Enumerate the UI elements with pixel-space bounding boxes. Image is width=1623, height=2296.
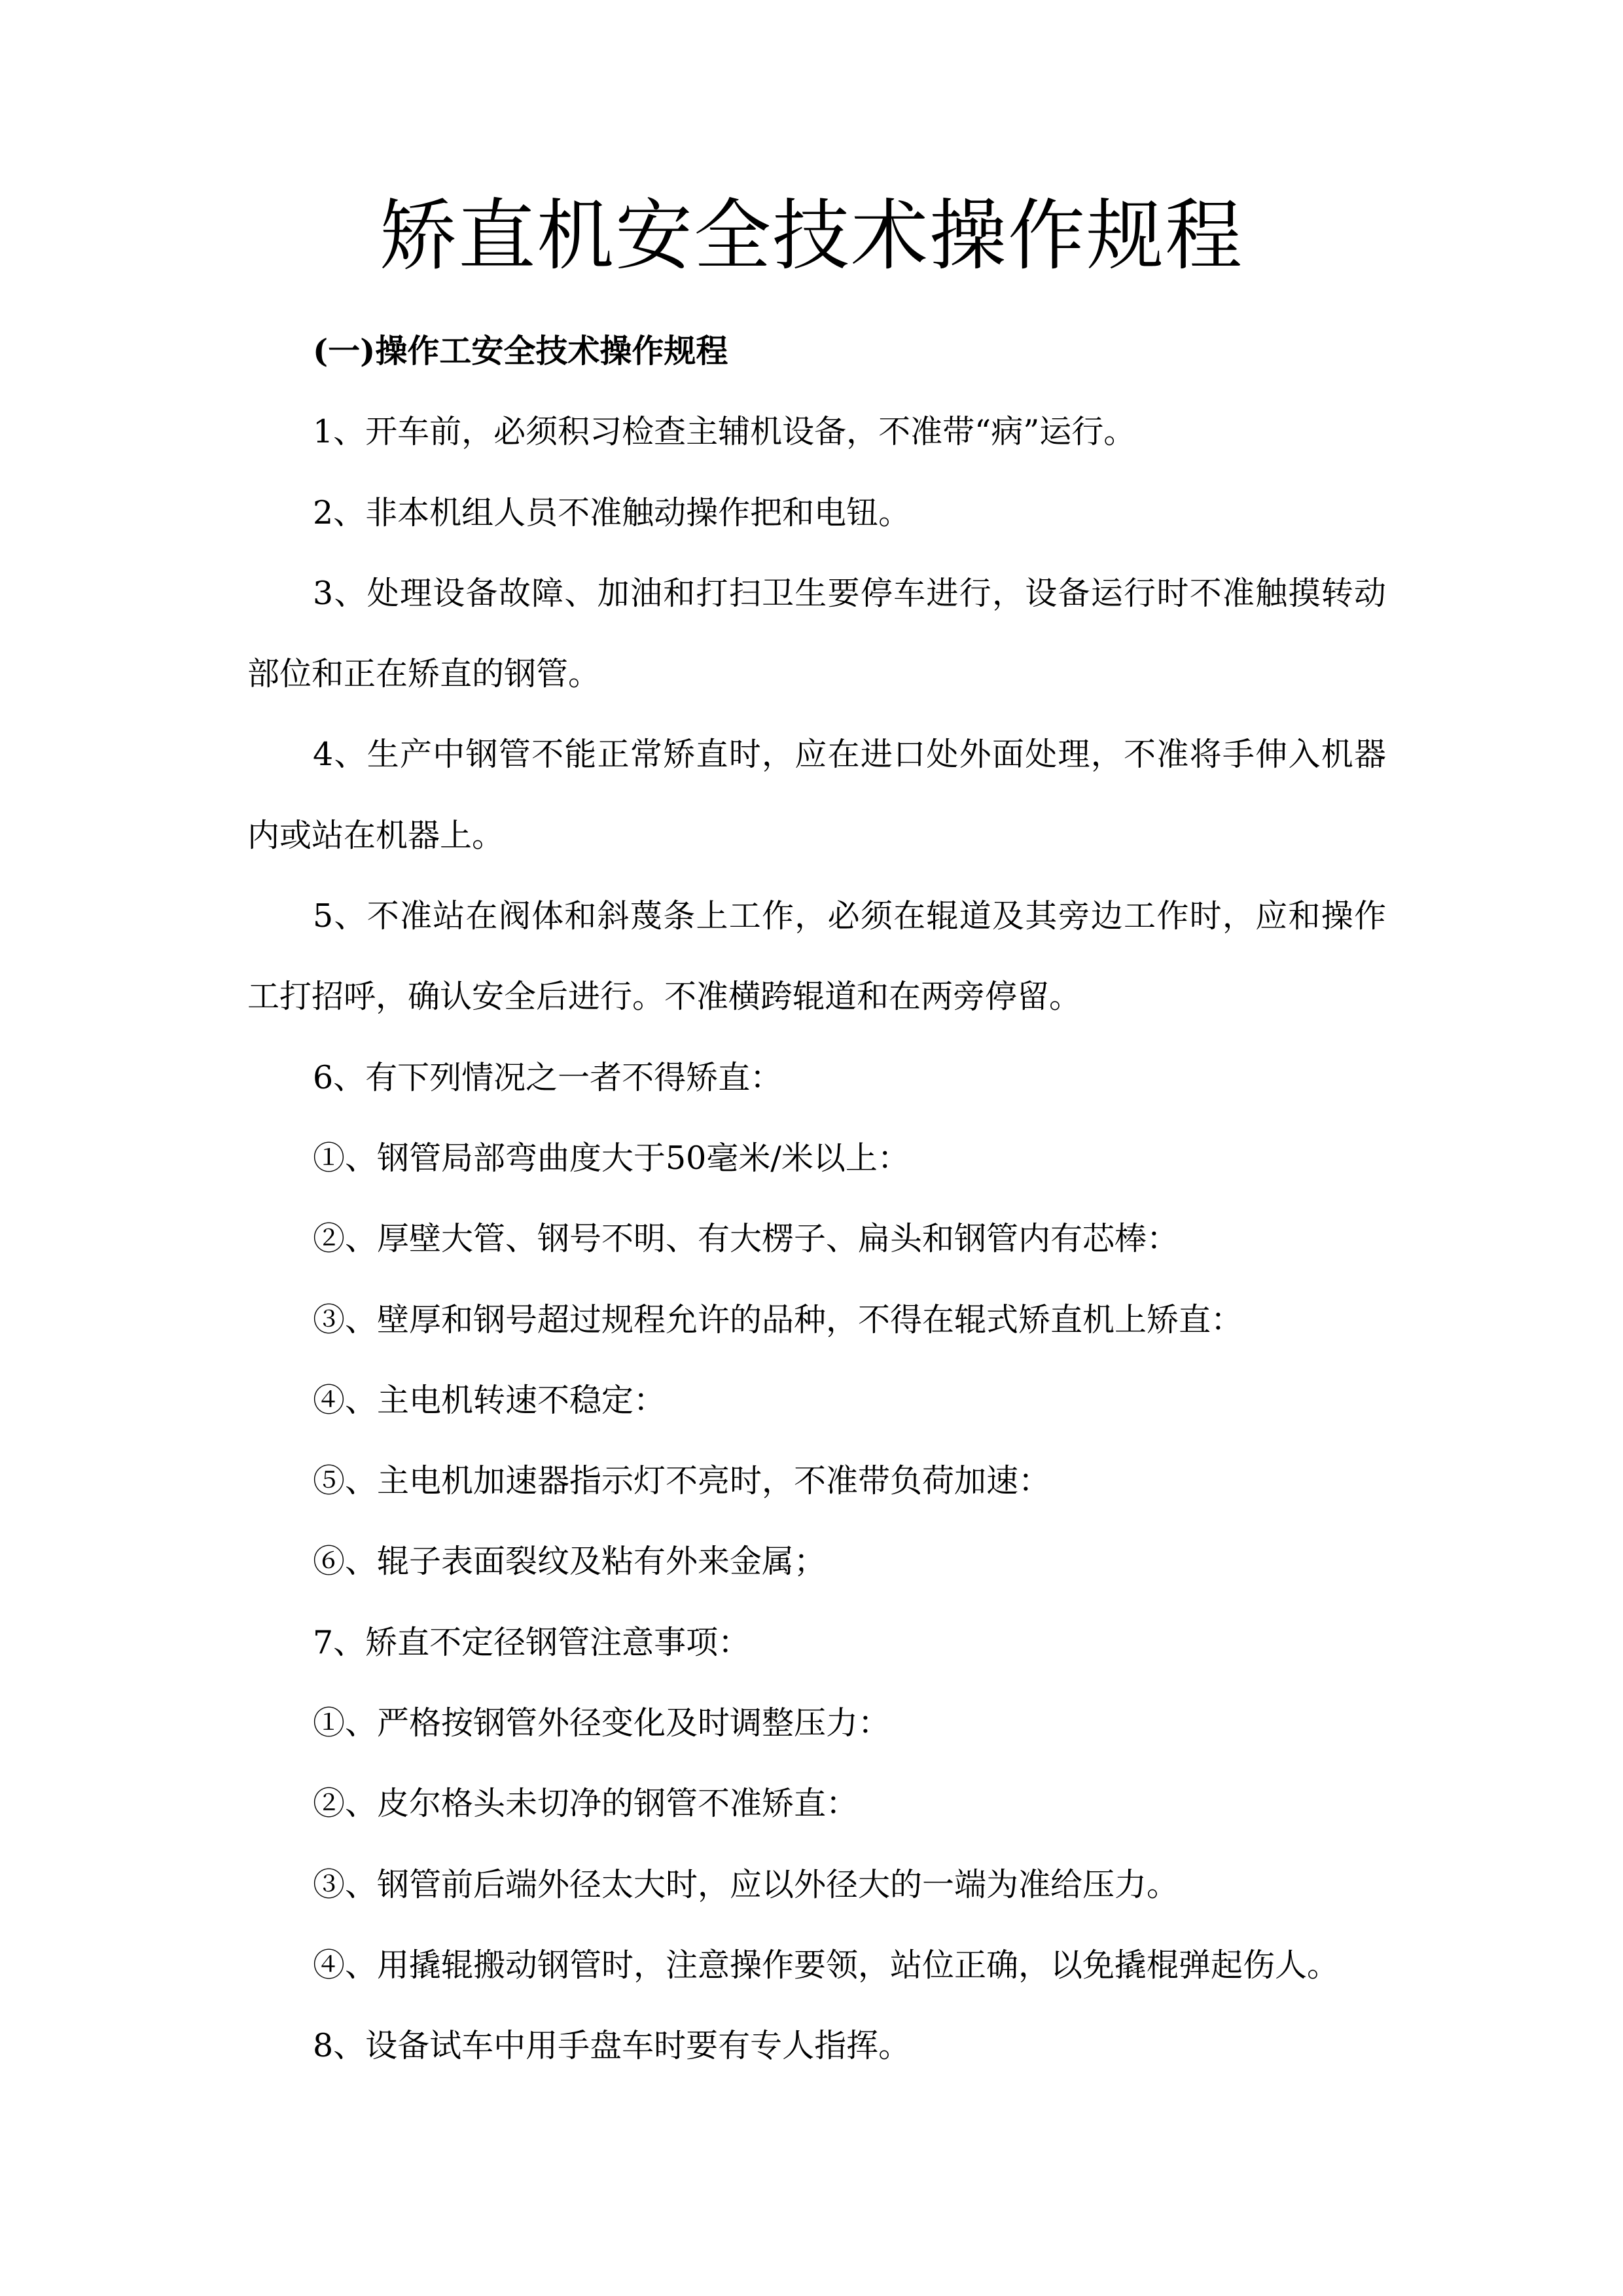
rule-3: 3、处理设备故障、加油和打扫卫生要停车进行，设备运行时不准触摸转动部位和正在矫直… (247, 553, 1386, 715)
document-title: 矫直机安全技术操作规程 (0, 187, 1623, 285)
rule-6-item-5: ⑤、主电机加速器指示灯不亮时，不准带负荷加速： (247, 1441, 1386, 1521)
section-heading: (一)操作工安全技术操作规程 (247, 311, 1386, 391)
rule-6-item-2: ②、厚壁大管、钢号不明、有大楞子、扁头和钢管内有芯棒： (247, 1198, 1386, 1279)
rule-6-item-3: ③、壁厚和钢号超过规程允许的品种，不得在辊式矫直机上矫直： (247, 1280, 1386, 1360)
document-page: 矫直机安全技术操作规程 (一)操作工安全技术操作规程 1、开车前，必须积习检查主… (0, 0, 1623, 2296)
rule-1: 1、开车前，必须积习检查主辅机设备，不准带“病”运行。 (247, 391, 1386, 472)
rule-8: 8、设备试车中用手盘车时要有专人指挥。 (247, 2005, 1386, 2086)
rule-6-item-6: ⑥、辊子表面裂纹及粘有外来金属； (247, 1521, 1386, 1602)
rule-6-item-4: ④、主电机转速不稳定： (247, 1360, 1386, 1441)
rule-7: 7、矫直不定径钢管注意事项： (247, 1602, 1386, 1683)
rule-5: 5、不准站在阀体和斜蔑条上工作，必须在辊道及其旁边工作时，应和操作工打招呼，确认… (247, 876, 1386, 1037)
rule-7-item-2: ②、皮尔格头未切净的钢管不准矫直： (247, 1763, 1386, 1844)
rule-6: 6、有下列情况之一者不得矫直： (247, 1037, 1386, 1118)
rule-6-item-1: ①、钢管局部弯曲度大于50毫米/米以上： (247, 1118, 1386, 1198)
rule-7-item-1: ①、严格按钢管外径变化及时调整压力： (247, 1683, 1386, 1763)
rule-7-item-4: ④、用撬辊搬动钢管时，注意操作要领，站位正确，以免撬棍弹起伤人。 (247, 1925, 1386, 2005)
rule-7-item-3: ③、钢管前后端外径太大时，应以外径大的一端为准给压力。 (247, 1844, 1386, 1925)
rule-2: 2、非本机组人员不准触动操作把和电钮。 (247, 473, 1386, 553)
document-body: (一)操作工安全技术操作规程 1、开车前，必须积习检查主辅机设备，不准带“病”运… (247, 311, 1386, 2087)
rule-4: 4、生产中钢管不能正常矫直时，应在进口处外面处理，不准将手伸入机器内或站在机器上… (247, 714, 1386, 876)
